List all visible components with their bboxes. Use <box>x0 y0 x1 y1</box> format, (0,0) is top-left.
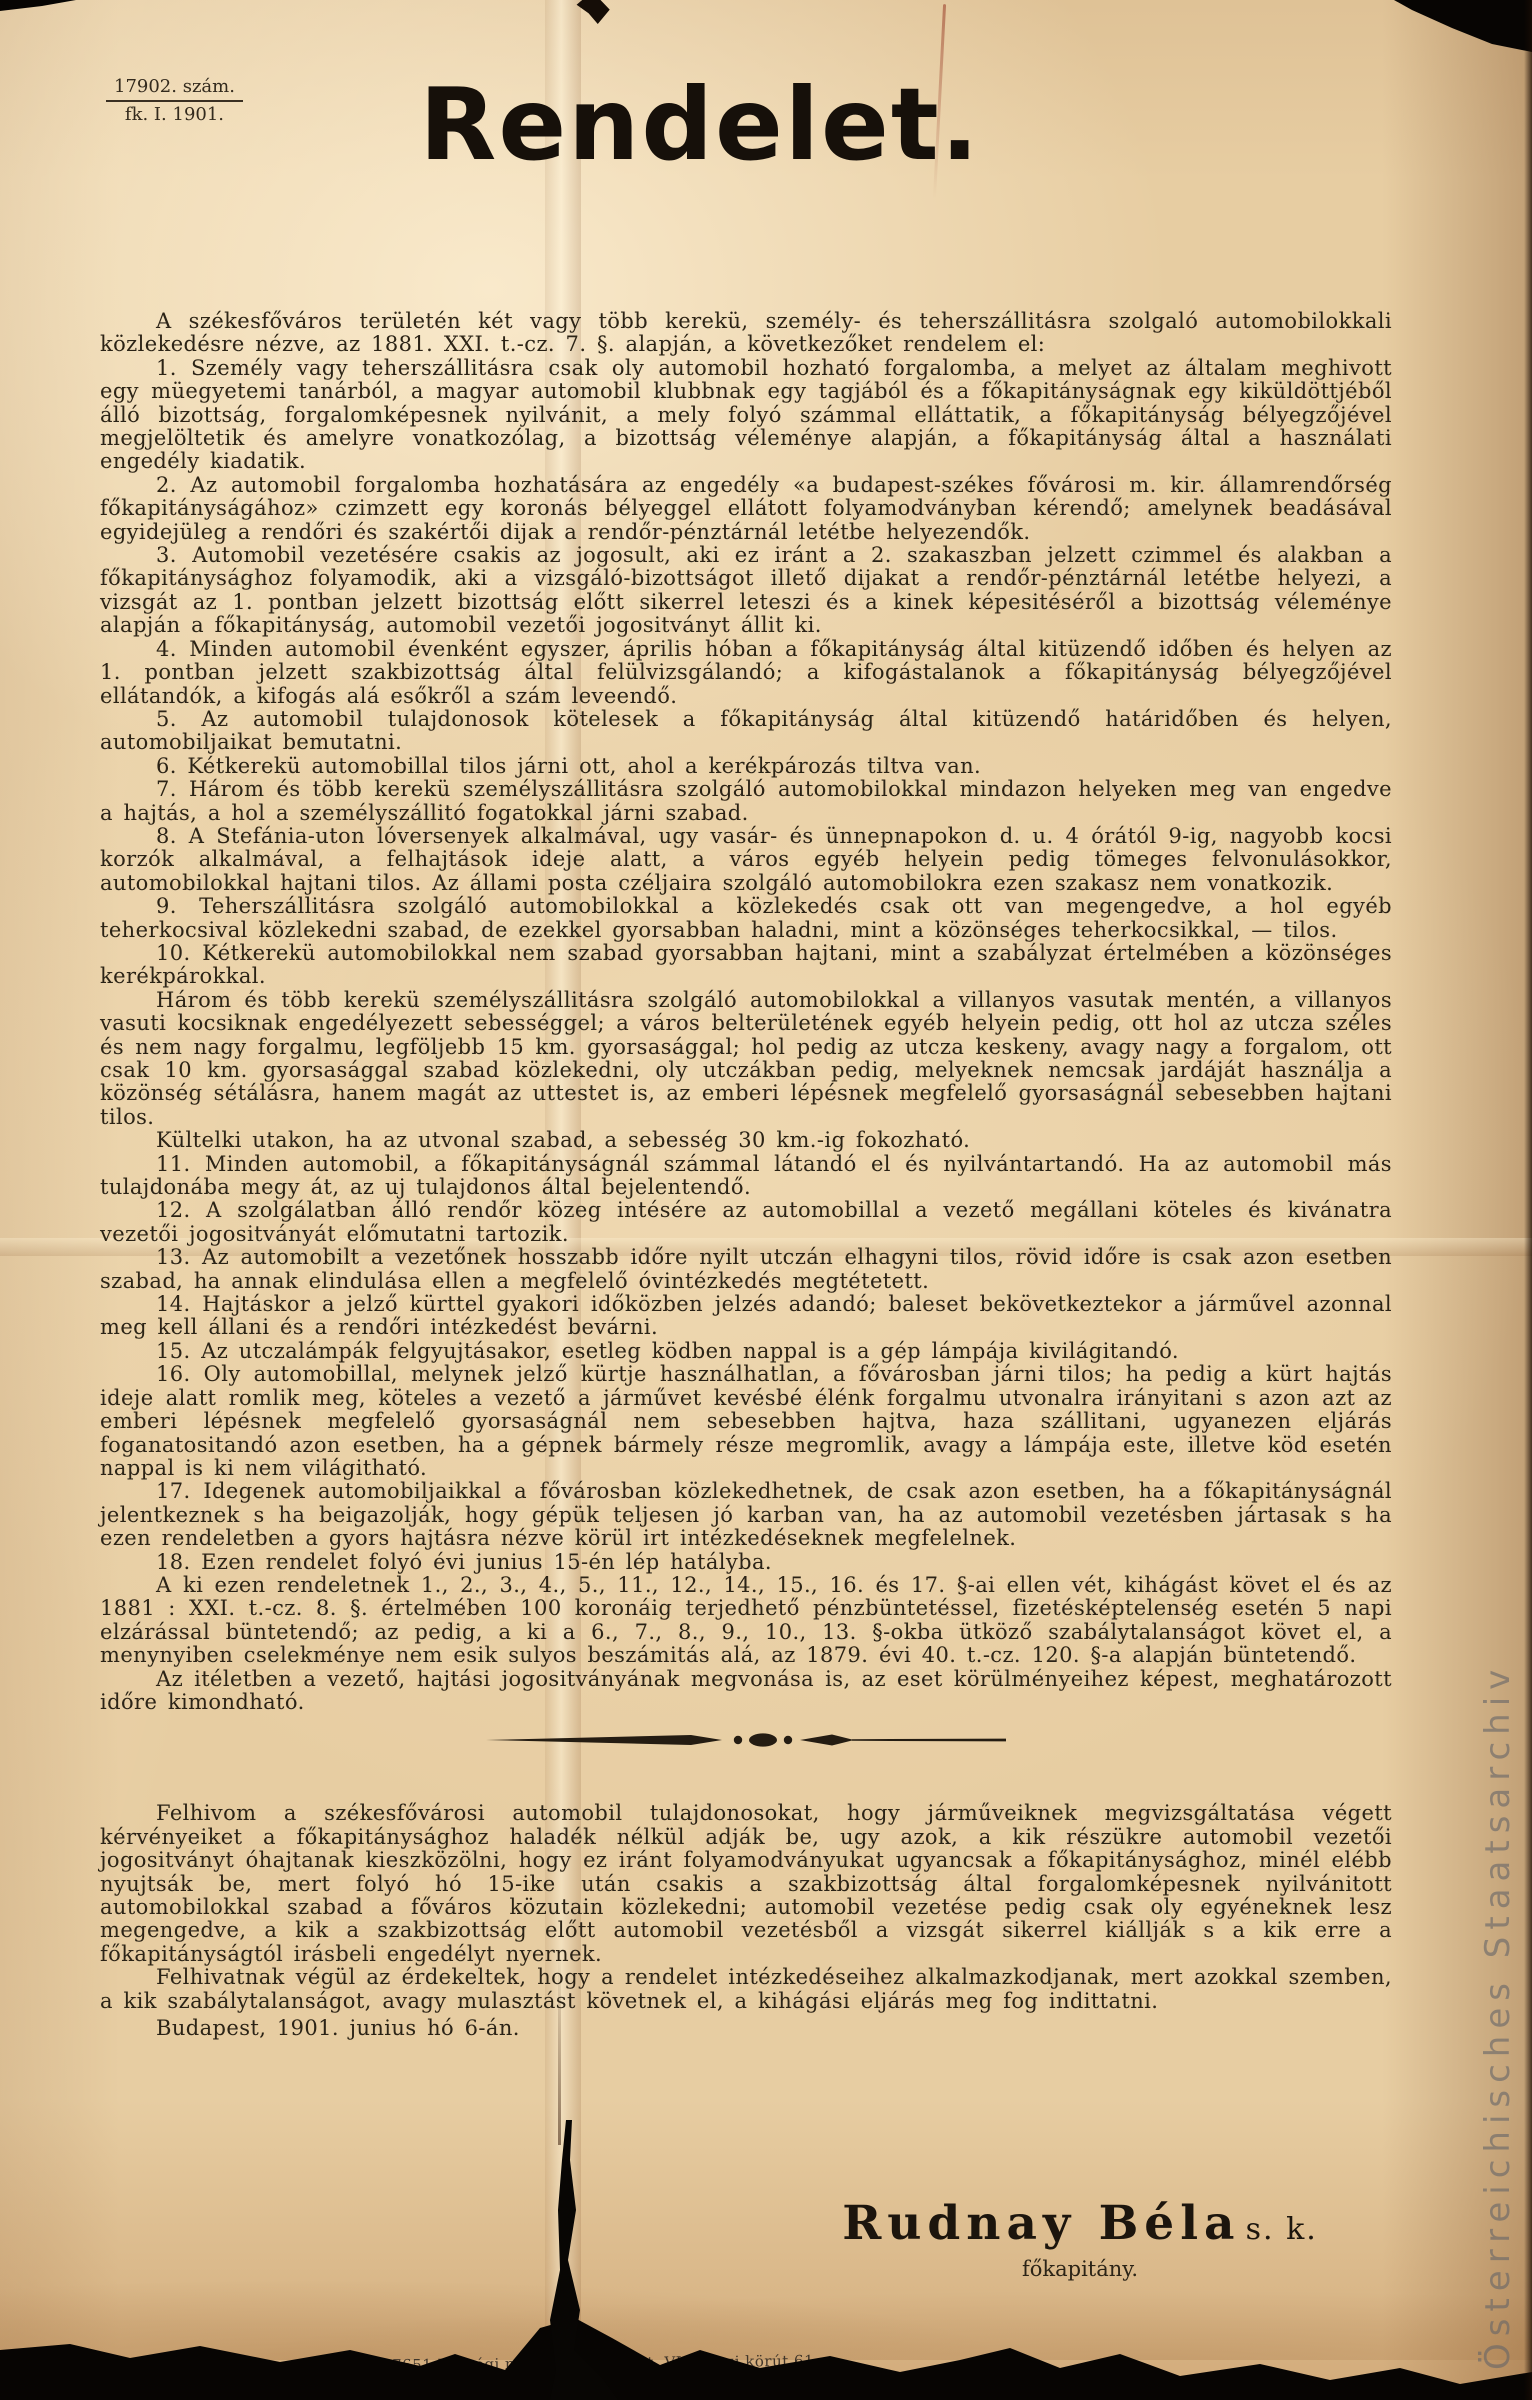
decree-paper: 17902. szám. fk. I. 1901. Rendelet. A sz… <box>0 0 1532 2400</box>
paragraph: 1. Személy vagy teherszállitásra csak ol… <box>100 357 1392 474</box>
signature-suffix: s. k. <box>1246 2212 1318 2247</box>
paragraph: 11. Minden automobil, a főkapitányságnál… <box>100 1153 1392 1200</box>
paragraph: 5. Az automobil tulajdonosok kötelesek a… <box>100 708 1392 755</box>
decree-paragraphs: A székesfőváros területén két vagy több … <box>100 310 1392 1714</box>
paragraph: A ki ezen rendeletnek 1., 2., 3., 4., 5.… <box>100 1574 1392 1668</box>
paragraph: 14. Hajtáskor a jelző kürttel gyakori id… <box>100 1293 1392 1340</box>
paragraph: 7. Három és több kerekü személyszállitás… <box>100 778 1392 825</box>
right-page-edge-shadow <box>1524 0 1532 2400</box>
torn-top-left-edge <box>0 0 80 12</box>
paragraph: 3. Automobil vezetésére csakis az jogosu… <box>100 544 1392 638</box>
signature-block: Rudnay Béla s. k. főkapitány. <box>640 2196 1520 2281</box>
paragraph: 2. Az automobil forgalomba hozhatására a… <box>100 474 1392 544</box>
archive-watermark: Österreichisches Staatsarchiv <box>1478 1140 1518 2370</box>
paragraph: 15. Az utczalámpák felgyujtásakor, esetl… <box>100 1340 1392 1363</box>
paragraph: Az itéletben a vezető, hajtási jogositvá… <box>100 1668 1392 1715</box>
paragraph: 10. Kétkerekü automobilokkal nem szabad … <box>100 942 1392 989</box>
torn-top-right-corner <box>1380 0 1532 62</box>
paragraph: Három és több kerekü személyszállitásra … <box>100 989 1392 1129</box>
paragraph: 16. Oly automobillal, melynek jelző kürt… <box>100 1363 1392 1480</box>
signature-role: főkapitány. <box>640 2257 1520 2281</box>
paragraph: Kültelki utakon, ha az utvonal szabad, a… <box>100 1129 1392 1152</box>
paragraph: 9. Teherszállitásra szolgáló automobilok… <box>100 895 1392 942</box>
decree-title: Rendelet. <box>0 66 1400 183</box>
paragraph: 17. Idegenek automobiljaikkal a fővárosb… <box>100 1480 1392 1550</box>
paragraph: 8. A Stefánia-uton lóversenyek alkalmáva… <box>100 825 1392 895</box>
date-line: Budapest, 1901. junius hó 6-án. <box>100 2017 1392 2040</box>
paragraph: Felhivatnak végül az érdekeltek, hogy a … <box>100 1966 1392 2013</box>
paragraph: Felhivom a székesfővárosi automobil tula… <box>100 1802 1392 1966</box>
paragraph: 4. Minden automobil évenként egyszer, áp… <box>100 638 1392 708</box>
paragraph: 13. Az automobilt a vezetőnek hosszabb i… <box>100 1246 1392 1293</box>
paragraph: 18. Ezen rendelet folyó évi junius 15-én… <box>100 1551 1392 1574</box>
paragraph: 12. A szolgálatban álló rendőr közeg int… <box>100 1199 1392 1246</box>
typographic-divider-ornament <box>486 1730 1006 1750</box>
decree-closing-paragraphs: Felhivom a székesfővárosi automobil tula… <box>100 1802 1392 2013</box>
signature-name: Rudnay Béla <box>842 2196 1240 2251</box>
signature-name-line: Rudnay Béla s. k. <box>640 2196 1520 2251</box>
paragraph: 6. Kétkerekü automobillal tilos járni ot… <box>100 755 1392 778</box>
decree-body: A székesfőváros területén két vagy több … <box>100 310 1392 2040</box>
paragraph: A székesfőváros területén két vagy több … <box>100 310 1392 357</box>
